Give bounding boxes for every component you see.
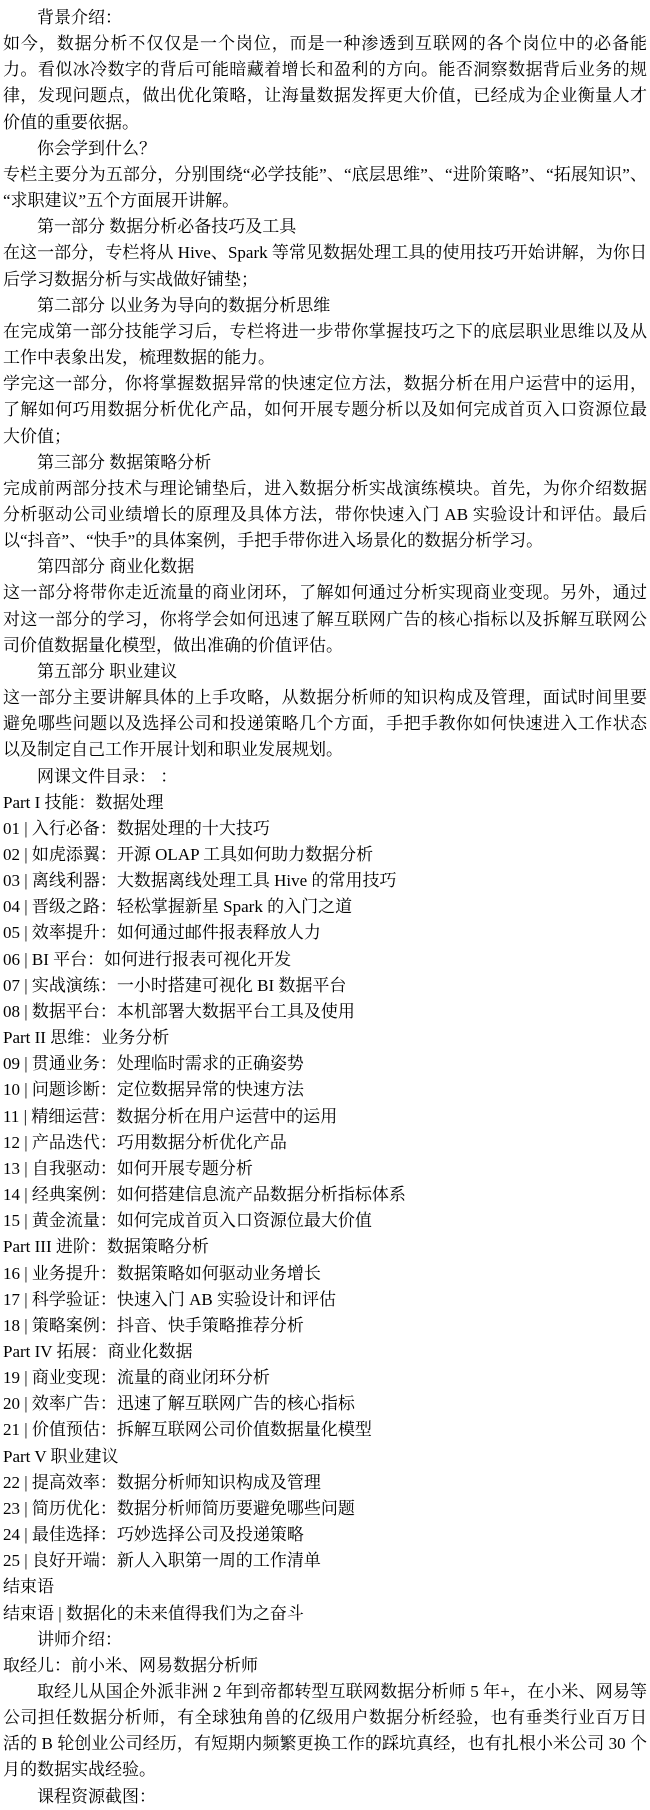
heading-course-resources: 课程资源截图： (3, 1784, 647, 1810)
para-instructor-bio: 取经儿从国企外派非洲 2 年到帝都转型互联网数据分析师 5 年+，在小米、网易等… (3, 1679, 647, 1784)
heading-part1: 第一部分 数据分析必备技巧及工具 (3, 214, 647, 240)
toc-item-13: 13 | 自我驱动：如何开展专题分析 (3, 1156, 647, 1182)
toc-item-23: 23 | 简历优化：数据分析师简历要避免哪些问题 (3, 1496, 647, 1522)
heading-part5: 第五部分 职业建议 (3, 659, 647, 685)
toc-item-14: 14 | 经典案例：如何搭建信息流产品数据分析指标体系 (3, 1182, 647, 1208)
toc-item-10: 10 | 问题诊断：定位数据异常的快速方法 (3, 1077, 647, 1103)
heading-part2: 第二部分 以业务为导向的数据分析思维 (3, 293, 647, 319)
toc-item-04: 04 | 晋级之路：轻松掌握新星 Spark 的入门之道 (3, 894, 647, 920)
toc-ending-heading: 结束语 (3, 1574, 647, 1600)
toc-part-ii: Part II 思维：业务分析 (3, 1025, 647, 1051)
toc-item-24: 24 | 最佳选择：巧妙选择公司及投递策略 (3, 1522, 647, 1548)
toc-item-07: 07 | 实战演练：一小时搭建可视化 BI 数据平台 (3, 973, 647, 999)
heading-background: 背景介绍： (3, 5, 647, 31)
para-part5: 这一部分主要讲解具体的上手攻略，从数据分析师的知识构成及管理，面试时间里要避免哪… (3, 685, 647, 763)
para-part1: 在这一部分，专栏将从 Hive、Spark 等常见数据处理工具的使用技巧开始讲解… (3, 240, 647, 292)
toc-part-iii: Part III 进阶：数据策略分析 (3, 1234, 647, 1260)
toc-item-20: 20 | 效率广告：迅速了解互联网广告的核心指标 (3, 1391, 647, 1417)
heading-what-you-learn: 你会学到什么？ (3, 136, 647, 162)
para-part4: 这一部分将带你走近流量的商业闭环，了解如何通过分析实现商业变现。另外，通过对这一… (3, 580, 647, 658)
toc-item-15: 15 | 黄金流量：如何完成首页入口资源位最大价值 (3, 1208, 647, 1234)
toc-item-02: 02 | 如虎添翼：开源 OLAP 工具如何助力数据分析 (3, 842, 647, 868)
heading-part4: 第四部分 商业化数据 (3, 554, 647, 580)
toc-part-i: Part I 技能：数据处理 (3, 790, 647, 816)
document-page: 背景介绍：如今，数据分析不仅仅是一个岗位，而是一种渗透到互联网的各个岗位中的必备… (0, 0, 650, 1810)
toc-item-25: 25 | 良好开端：新人入职第一周的工作清单 (3, 1548, 647, 1574)
toc-item-21: 21 | 价值预估：拆解互联网公司价值数据量化模型 (3, 1417, 647, 1443)
para-part2-b: 学完这一部分，你将掌握数据异常的快速定位方法，数据分析在用户运营中的运用，了解如… (3, 371, 647, 449)
toc-item-17: 17 | 科学验证：快速入门 AB 实验设计和评估 (3, 1287, 647, 1313)
heading-toc: 网课文件目录： ： (3, 764, 647, 790)
heading-part3: 第三部分 数据策略分析 (3, 450, 647, 476)
instructor-name: 取经儿：前小米、网易数据分析师 (3, 1653, 647, 1679)
toc-part-iv: Part IV 拓展：商业化数据 (3, 1339, 647, 1365)
toc-item-05: 05 | 效率提升：如何通过邮件报表释放人力 (3, 920, 647, 946)
toc-item-11: 11 | 精细运营：数据分析在用户运营中的运用 (3, 1104, 647, 1130)
toc-item-09: 09 | 贯通业务：处理临时需求的正确姿势 (3, 1051, 647, 1077)
heading-instructor: 讲师介绍： (3, 1627, 647, 1653)
toc-item-18: 18 | 策略案例：抖音、快手策略推荐分析 (3, 1313, 647, 1339)
para-part3: 完成前两部分技术与理论铺垫后，进入数据分析实战演练模块。首先，为你介绍数据分析驱… (3, 476, 647, 554)
toc-ending-item: 结束语 | 数据化的未来值得我们为之奋斗 (3, 1601, 647, 1627)
toc-part-v: Part V 职业建议 (3, 1444, 647, 1470)
para-part2-a: 在完成第一部分技能学习后，专栏将进一步带你掌握技巧之下的底层职业思维以及从工作中… (3, 319, 647, 371)
toc-item-08: 08 | 数据平台：本机部署大数据平台工具及使用 (3, 999, 647, 1025)
toc-item-12: 12 | 产品迭代：巧用数据分析优化产品 (3, 1130, 647, 1156)
para-background: 如今，数据分析不仅仅是一个岗位，而是一种渗透到互联网的各个岗位中的必备能力。看似… (3, 31, 647, 136)
toc-item-01: 01 | 入行必备：数据处理的十大技巧 (3, 816, 647, 842)
toc-item-19: 19 | 商业变现：流量的商业闭环分析 (3, 1365, 647, 1391)
toc-item-16: 16 | 业务提升：数据策略如何驱动业务增长 (3, 1261, 647, 1287)
para-overview: 专栏主要分为五部分，分别围绕“必学技能”、“底层思维”、“进阶策略”、“拓展知识… (3, 162, 647, 214)
toc-item-03: 03 | 离线利器：大数据离线处理工具 Hive 的常用技巧 (3, 868, 647, 894)
toc-item-22: 22 | 提高效率：数据分析师知识构成及管理 (3, 1470, 647, 1496)
toc-item-06: 06 | BI 平台：如何进行报表可视化开发 (3, 947, 647, 973)
